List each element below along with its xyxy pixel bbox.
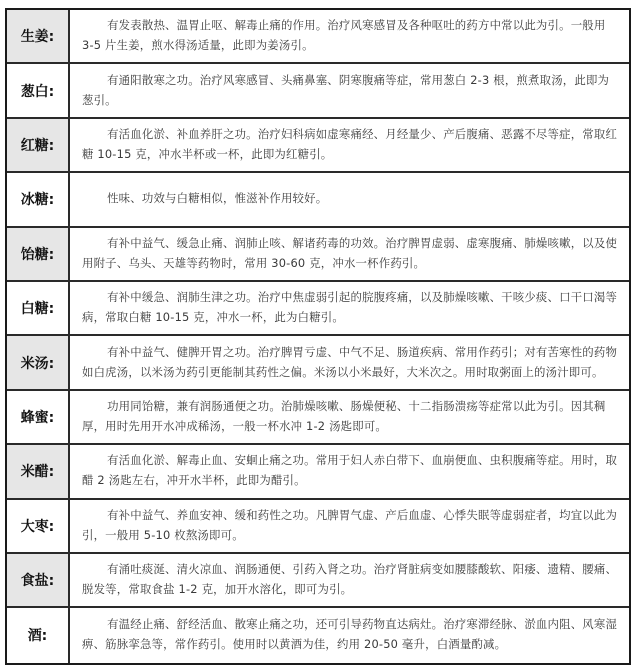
herbal-guide-table: 生姜: 有发表散热、温胃止呕、解毒止痛的作用。治疗风寒感冒及各种呕吐的药方中常以…: [5, 8, 631, 665]
table-row-brown-sugar: 红糖: 有活血化淤、补血养肝之功。治疗妇科病如虚寒痛经、月经量少、产后腹痛、恶露…: [7, 119, 629, 173]
table-row-salt: 食盐: 有涌吐痰涎、清火凉血、润肠通便、引药入肾之功。治疗肾脏病变如腰膝酸软、阳…: [7, 554, 629, 608]
item-description-cell: 有活血化淤、解毒止血、安蛔止痛之功。常用于妇人赤白带下、血崩便血、虫积腹痛等症。…: [70, 445, 629, 497]
item-name: 白糖:: [7, 282, 70, 334]
item-description-cell: 有通阳散寒之功。治疗风寒感冒、头痛鼻塞、阴寒腹痛等症，常用葱白 2-3 根，煎煮…: [70, 64, 629, 116]
item-description: 有温经止痛、舒经活血、散寒止痛之功，还可引导药物直达病灶。治疗寒滞经脉、淤血内阻…: [82, 614, 619, 654]
item-description-cell: 有补中益气、健脾开胃之功。治疗脾胃亏虚、中气不足、肠道疾病、常用作药引；对有苦寒…: [70, 336, 629, 388]
item-description-cell: 有活血化淤、补血养肝之功。治疗妇科病如虚寒痛经、月经量少、产后腹痛、恶露不尽等症…: [70, 119, 629, 171]
item-name: 米汤:: [7, 336, 70, 388]
table-row-scallion: 葱白: 有通阳散寒之功。治疗风寒感冒、头痛鼻塞、阴寒腹痛等症，常用葱白 2-3 …: [7, 64, 629, 118]
item-description-cell: 有补中益气、养血安神、缓和药性之功。凡脾胃气虚、产后血虚、心悸失眠等虚弱症者，均…: [70, 500, 629, 552]
item-name: 酒:: [7, 608, 70, 662]
item-description: 功用同饴糖，兼有润肠通便之功。治肺燥咳嗽、肠燥便秘、十二指肠溃疡等症常以此为引。…: [82, 396, 619, 436]
table-row-maltose: 饴糖: 有补中益气、缓急止痛、润肺止咳、解诸药毒的功效。治疗脾胃虚弱、虚寒腹痛、…: [7, 228, 629, 282]
item-description-cell: 有补中益气、缓急止痛、润肺止咳、解诸药毒的功效。治疗脾胃虚弱、虚寒腹痛、肺燥咳嗽…: [70, 228, 629, 280]
item-name: 食盐:: [7, 554, 70, 606]
table-row-rock-sugar: 冰糖: 性味、功效与白糖相似，惟滋补作用较好。: [7, 173, 629, 227]
item-description-cell: 有发表散热、温胃止呕、解毒止痛的作用。治疗风寒感冒及各种呕吐的药方中常以此为引。…: [70, 10, 629, 62]
item-description: 有活血化淤、补血养肝之功。治疗妇科病如虚寒痛经、月经量少、产后腹痛、恶露不尽等症…: [82, 124, 619, 164]
item-description-cell: 有涌吐痰涎、清火凉血、润肠通便、引药入肾之功。治疗肾脏病变如腰膝酸软、阳痿、遗精…: [70, 554, 629, 606]
table-row-jujube: 大枣: 有补中益气、养血安神、缓和药性之功。凡脾胃气虚、产后血虚、心悸失眠等虚弱…: [7, 500, 629, 554]
table-row-wine: 酒: 有温经止痛、舒经活血、散寒止痛之功，还可引导药物直达病灶。治疗寒滞经脉、淤…: [7, 608, 629, 662]
table-row-ginger: 生姜: 有发表散热、温胃止呕、解毒止痛的作用。治疗风寒感冒及各种呕吐的药方中常以…: [7, 10, 629, 64]
item-description: 有补中益气、缓急止痛、润肺止咳、解诸药毒的功效。治疗脾胃虚弱、虚寒腹痛、肺燥咳嗽…: [82, 233, 619, 273]
item-description: 有活血化淤、解毒止血、安蛔止痛之功。常用于妇人赤白带下、血崩便血、虫积腹痛等症。…: [82, 450, 619, 490]
item-description: 有补中益气、养血安神、缓和药性之功。凡脾胃气虚、产后血虚、心悸失眠等虚弱症者，均…: [82, 505, 619, 545]
item-name: 大枣:: [7, 500, 70, 552]
table-row-rice-vinegar: 米醋: 有活血化淤、解毒止血、安蛔止痛之功。常用于妇人赤白带下、血崩便血、虫积腹…: [7, 445, 629, 499]
item-name: 生姜:: [7, 10, 70, 62]
item-description-cell: 有补中缓急、润肺生津之功。治疗中焦虚弱引起的脘腹疼痛，以及肺燥咳嗽、干咳少痰、口…: [70, 282, 629, 334]
item-description-cell: 有温经止痛、舒经活血、散寒止痛之功，还可引导药物直达病灶。治疗寒滞经脉、淤血内阻…: [70, 608, 629, 662]
item-name: 蜂蜜:: [7, 391, 70, 443]
item-description: 性味、功效与白糖相似，惟滋补作用较好。: [82, 188, 327, 208]
table-row-white-sugar: 白糖: 有补中缓急、润肺生津之功。治疗中焦虚弱引起的脘腹疼痛，以及肺燥咳嗽、干咳…: [7, 282, 629, 336]
table-row-honey: 蜂蜜: 功用同饴糖，兼有润肠通便之功。治肺燥咳嗽、肠燥便秘、十二指肠溃疡等症常以…: [7, 391, 629, 445]
item-description-cell: 性味、功效与白糖相似，惟滋补作用较好。: [70, 173, 629, 225]
item-description: 有发表散热、温胃止呕、解毒止痛的作用。治疗风寒感冒及各种呕吐的药方中常以此为引。…: [82, 15, 619, 55]
item-description: 有补中益气、健脾开胃之功。治疗脾胃亏虚、中气不足、肠道疾病、常用作药引；对有苦寒…: [82, 342, 619, 382]
item-description: 有涌吐痰涎、清火凉血、润肠通便、引药入肾之功。治疗肾脏病变如腰膝酸软、阳痿、遗精…: [82, 559, 619, 599]
item-description: 有补中缓急、润肺生津之功。治疗中焦虚弱引起的脘腹疼痛，以及肺燥咳嗽、干咳少痰、口…: [82, 287, 619, 327]
item-name: 冰糖:: [7, 173, 70, 225]
item-name: 红糖:: [7, 119, 70, 171]
item-description: 有通阳散寒之功。治疗风寒感冒、头痛鼻塞、阴寒腹痛等症，常用葱白 2-3 根，煎煮…: [82, 70, 619, 110]
item-name: 饴糖:: [7, 228, 70, 280]
item-name: 米醋:: [7, 445, 70, 497]
item-description-cell: 功用同饴糖，兼有润肠通便之功。治肺燥咳嗽、肠燥便秘、十二指肠溃疡等症常以此为引。…: [70, 391, 629, 443]
table-row-rice-soup: 米汤: 有补中益气、健脾开胃之功。治疗脾胃亏虚、中气不足、肠道疾病、常用作药引；…: [7, 336, 629, 390]
item-name: 葱白:: [7, 64, 70, 116]
